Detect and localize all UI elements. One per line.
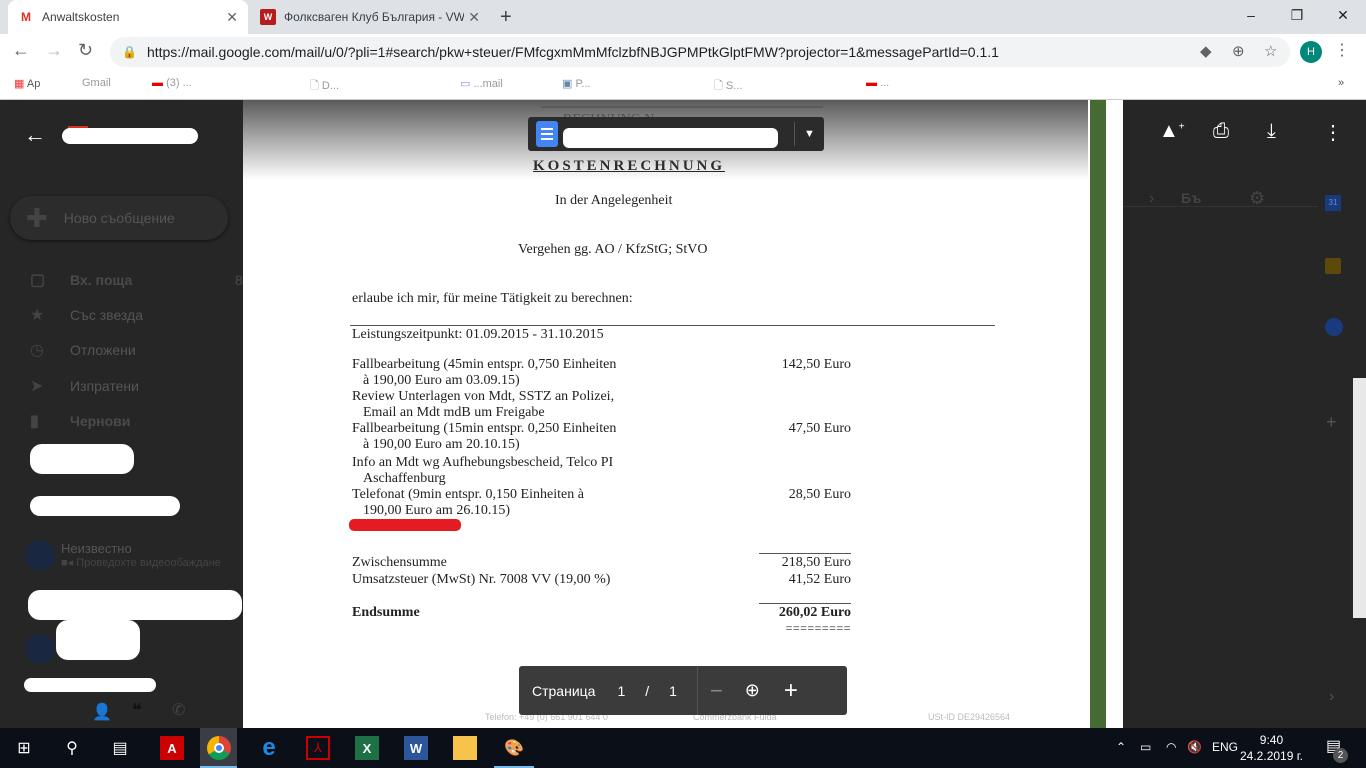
contact-status: ■◂ Проведохте видеообаждане bbox=[61, 556, 221, 569]
page-icon: 🗋 bbox=[310, 80, 319, 92]
paint-icon[interactable]: 🎨 bbox=[502, 736, 526, 760]
divider bbox=[350, 325, 995, 326]
contact-name: Неизвестно bbox=[61, 541, 221, 556]
hangouts-contact[interactable] bbox=[25, 634, 55, 664]
zoom-out-button[interactable]: − bbox=[710, 678, 723, 704]
restore-button[interactable]: ❐ bbox=[1274, 0, 1320, 30]
clock-date: 24.2.2019 г. bbox=[1240, 748, 1303, 764]
system-clock[interactable]: 9:40 24.2.2019 г. bbox=[1240, 732, 1303, 764]
task-view-icon[interactable]: ▤ bbox=[108, 736, 132, 760]
edge-icon[interactable]: e bbox=[257, 736, 281, 760]
calendar-icon: ▣ bbox=[562, 78, 572, 90]
redacted-text bbox=[349, 519, 461, 531]
youtube-icon: ▬ bbox=[866, 77, 877, 89]
acrobat-icon[interactable]: ⅄ bbox=[306, 736, 330, 760]
windows-start-icon[interactable]: ⊞ bbox=[12, 736, 36, 760]
page-label: Страница bbox=[532, 683, 595, 699]
battery-icon[interactable]: ▭ bbox=[1140, 740, 1151, 754]
inbox-icon: ▢ bbox=[30, 270, 48, 290]
total-value: 260,02 Euro bbox=[779, 605, 851, 621]
bookmark-star-icon[interactable]: ☆ bbox=[1264, 42, 1277, 60]
apps-grid-icon: ▦ bbox=[14, 78, 24, 90]
keep-icon[interactable] bbox=[1325, 258, 1341, 274]
pdf-page: RECHNUNG N KOSTENRECHNUNG In der Angeleg… bbox=[243, 100, 1088, 728]
bookmark-doc[interactable]: 🗋 D... bbox=[310, 77, 339, 96]
add-addon-icon[interactable]: + bbox=[1326, 412, 1337, 433]
page-current[interactable]: 1 bbox=[617, 683, 625, 699]
tab-gmail[interactable]: M Anwaltskosten ✕ bbox=[8, 0, 248, 34]
profile-avatar[interactable]: H bbox=[1300, 41, 1322, 63]
volume-muted-icon[interactable]: 🔇 bbox=[1187, 740, 1202, 754]
compose-button[interactable]: ✚ Ново съобщение bbox=[10, 196, 228, 240]
send-icon: ➤ bbox=[30, 376, 48, 396]
minimize-button[interactable]: – bbox=[1228, 0, 1274, 30]
divider bbox=[1123, 206, 1318, 207]
back-arrow-icon[interactable]: ← bbox=[24, 122, 46, 148]
footer-vat-id: USt-ID DE29426564 bbox=[928, 712, 1010, 722]
inbox-count: 8 bbox=[235, 272, 243, 288]
vat-value: 41,52 Euro bbox=[789, 572, 851, 588]
gmail-sidebar: ← PDF ✚ Ново съобщение ▢ Вх. поща 8 ★ Съ… bbox=[0, 100, 243, 728]
divider bbox=[697, 666, 698, 715]
plus-icon: ✚ bbox=[26, 203, 48, 234]
chevron-down-icon[interactable]: ▼ bbox=[794, 122, 824, 146]
document-subtitle: In der Angelegenheit bbox=[555, 193, 672, 209]
language-selector[interactable]: Бъ bbox=[1181, 190, 1201, 206]
file-explorer-icon[interactable] bbox=[453, 736, 477, 760]
close-tab-icon[interactable]: ✕ bbox=[468, 9, 480, 26]
url-text[interactable]: https://mail.google.com/mail/u/0/?pli=1#… bbox=[147, 44, 999, 60]
star-icon: ★ bbox=[30, 305, 48, 325]
input-language[interactable]: ENG bbox=[1212, 740, 1238, 754]
vw-icon: W bbox=[260, 9, 276, 25]
wifi-icon[interactable]: ◠ bbox=[1166, 740, 1176, 754]
redacted-filename bbox=[62, 128, 198, 144]
divider bbox=[759, 603, 851, 604]
redacted-text bbox=[563, 128, 778, 148]
service-period: Leistungszeitpunkt: 01.09.2015 - 31.10.2… bbox=[352, 327, 604, 343]
download-icon[interactable]: ⤓ bbox=[1267, 120, 1276, 143]
line-item-amount: 28,50 Euro bbox=[789, 487, 851, 503]
bookmark-youtube-2[interactable]: ▬ ... bbox=[866, 77, 889, 89]
matter-text: Vergehen gg. AO / KfzStG; StVO bbox=[518, 242, 708, 258]
expand-panel-icon[interactable]: › bbox=[1329, 688, 1334, 706]
hangouts-contact[interactable]: Неизвестно ■◂ Проведохте видеообаждане bbox=[25, 540, 221, 570]
new-tab-button[interactable]: + bbox=[500, 6, 512, 29]
bookmark-gmail[interactable]: Gmail bbox=[82, 77, 111, 89]
page-gap bbox=[1106, 100, 1123, 728]
bookmarks-bar: ▦ Ap Gmail ▬ (3) ... 🗋 D... ▭ ...mail ▣ … bbox=[0, 70, 1366, 100]
line-item-description: Review Unterlagen von Mdt, SSTZ an Poliz… bbox=[352, 389, 614, 405]
zoom-fit-icon[interactable]: ⊕ bbox=[745, 680, 760, 701]
line-item-description: Info an Mdt wg Aufhebungsbescheid, Telco… bbox=[352, 455, 613, 471]
line-item-description: Email an Mdt mdB um Freigabe bbox=[363, 405, 545, 421]
subtotal-value: 218,50 Euro bbox=[782, 555, 851, 571]
line-item-description: Telefonat (9min entspr. 0,150 Einheiten … bbox=[352, 487, 584, 503]
more-options-icon[interactable]: ⋮ bbox=[1323, 120, 1343, 145]
page-edge bbox=[1090, 100, 1106, 728]
redacted-contact bbox=[24, 678, 156, 692]
extension-icon[interactable]: ◆ bbox=[1200, 42, 1212, 60]
word-icon[interactable]: W bbox=[404, 736, 428, 760]
avatar bbox=[25, 540, 55, 570]
reload-icon[interactable]: ↻ bbox=[78, 40, 93, 61]
windows-taskbar: ⊞ ⚲ ▤ A e ⅄ X W 🎨 ⌃ ▭ ◠ 🔇 ENG 9:40 24.2.… bbox=[0, 728, 1366, 768]
address-bar[interactable]: 🔒 https://mail.google.com/mail/u/0/?pli=… bbox=[110, 37, 1290, 67]
tab-title: Anwaltskosten bbox=[42, 10, 222, 24]
subtotal-label: Zwischensumme bbox=[352, 555, 447, 571]
sidebar-item-sent[interactable]: ➤ Изпратени bbox=[30, 376, 139, 396]
sidebar-item-inbox[interactable]: ▢ Вх. поща 8 bbox=[30, 270, 132, 290]
browser-toolbar: ← → ↻ 🔒 https://mail.google.com/mail/u/0… bbox=[0, 34, 1366, 70]
page-icon: 🗋 bbox=[714, 80, 723, 92]
bookmark-calendar[interactable]: ▣ P... bbox=[562, 77, 591, 90]
hangouts-icon[interactable]: ❝ bbox=[132, 700, 142, 721]
redacted-contact bbox=[28, 590, 242, 620]
line-item-description: Aschaffenburg bbox=[363, 471, 446, 487]
tab-title: Фолксваген Клуб България - VW bbox=[284, 10, 464, 24]
redacted-contact bbox=[56, 620, 140, 660]
pdf-viewer: RECHNUNG N KOSTENRECHNUNG In der Angeleg… bbox=[243, 100, 1123, 728]
forward-icon[interactable]: → bbox=[45, 40, 63, 61]
excel-icon[interactable]: X bbox=[355, 736, 379, 760]
gmail-right-pane: ▲+ ⎙ ⤓ ⋮ › Бъ ⚙ 31 + › bbox=[1123, 100, 1366, 728]
tab-strip: M Anwaltskosten ✕ W Фолксваген Клуб Бълг… bbox=[0, 0, 1366, 34]
print-icon[interactable]: ⎙ bbox=[1213, 120, 1229, 143]
draft-icon: ▮ bbox=[30, 411, 48, 431]
autocad-icon[interactable]: A bbox=[160, 736, 184, 760]
close-window-button[interactable]: ✕ bbox=[1320, 0, 1366, 30]
phone-icon[interactable]: ✆ bbox=[172, 700, 185, 720]
bookmark-youtube[interactable]: ▬ (3) ... bbox=[152, 77, 192, 89]
google-docs-icon bbox=[536, 121, 558, 147]
avatar bbox=[25, 634, 55, 664]
video-call-icon: ■◂ bbox=[61, 557, 73, 569]
clock-time: 9:40 bbox=[1240, 732, 1303, 748]
line-item-amount: 47,50 Euro bbox=[789, 421, 851, 437]
page-controls: Страница 1 / 1 − ⊕ + bbox=[519, 666, 847, 715]
scrollbar[interactable] bbox=[1353, 378, 1366, 618]
browser-menu-icon[interactable]: ⋮ bbox=[1334, 40, 1350, 60]
bookmark-mail[interactable]: ▭ ...mail bbox=[460, 77, 503, 90]
sidebar-item-starred[interactable]: ★ Със звезда bbox=[30, 305, 143, 325]
lock-icon: 🔒 bbox=[122, 45, 137, 59]
back-icon[interactable]: ← bbox=[12, 40, 30, 61]
tab-vw-club[interactable]: W Фолксваген Клуб България - VW ✕ bbox=[250, 0, 490, 34]
line-item-description: Fallbearbeitung (45min entspr. 0,750 Ein… bbox=[352, 357, 616, 373]
mail-icon: ▭ bbox=[460, 78, 470, 90]
close-tab-icon[interactable]: ✕ bbox=[226, 9, 238, 26]
total-label: Endsumme bbox=[352, 605, 420, 621]
page-total: 1 bbox=[669, 683, 677, 699]
compose-label: Ново съобщение bbox=[64, 210, 175, 226]
add-to-drive-icon[interactable]: ▲+ bbox=[1159, 120, 1185, 143]
gmail-icon: M bbox=[18, 9, 34, 25]
redacted-contact bbox=[30, 444, 134, 474]
intro-text: erlaube ich mir, für meine Tätigkeit zu … bbox=[352, 291, 633, 307]
zoom-in-button[interactable]: + bbox=[784, 677, 798, 705]
divider bbox=[759, 553, 851, 554]
youtube-icon: ▬ bbox=[152, 77, 163, 89]
more-bookmarks-icon[interactable]: » bbox=[1338, 77, 1344, 89]
sidebar-item-snoozed[interactable]: ◷ Отложени bbox=[30, 340, 136, 360]
vat-label: Umsatzsteuer (MwSt) Nr. 7008 VV (19,00 %… bbox=[352, 572, 610, 588]
line-item-amount: 142,50 Euro bbox=[782, 357, 851, 373]
line-item-description: 190,00 Euro am 26.10.15) bbox=[363, 503, 510, 519]
contacts-icon[interactable]: 👤 bbox=[92, 702, 112, 722]
clock-icon: ◷ bbox=[30, 340, 48, 360]
gmail-background: ← PDF ✚ Ново съобщение ▢ Вх. поща 8 ★ Съ… bbox=[0, 100, 1366, 728]
sidebar-item-drafts[interactable]: ▮ Чернови bbox=[30, 411, 130, 431]
chrome-icon[interactable] bbox=[207, 736, 231, 760]
tasks-icon[interactable] bbox=[1325, 318, 1343, 336]
bookmark-apps[interactable]: ▦ Ap bbox=[14, 77, 40, 90]
line-item-description: à 190,00 Euro am 20.10.15) bbox=[363, 437, 520, 453]
total-underline: ========= bbox=[786, 621, 851, 636]
bookmark-page[interactable]: 🗋 S... bbox=[714, 77, 742, 96]
notification-badge: 2 bbox=[1333, 748, 1348, 763]
show-hidden-icons[interactable]: ⌃ bbox=[1116, 740, 1126, 754]
search-icon[interactable]: ⚲ bbox=[60, 736, 84, 760]
line-item-description: Fallbearbeitung (15min entspr. 0,250 Ein… bbox=[352, 421, 616, 437]
line-item-description: à 190,00 Euro am 03.09.15) bbox=[363, 373, 520, 389]
calendar-icon[interactable]: 31 bbox=[1325, 195, 1341, 211]
page-separator: / bbox=[645, 683, 649, 699]
redacted-contact bbox=[30, 496, 180, 516]
zoom-icon[interactable]: ⊕ bbox=[1232, 42, 1245, 60]
